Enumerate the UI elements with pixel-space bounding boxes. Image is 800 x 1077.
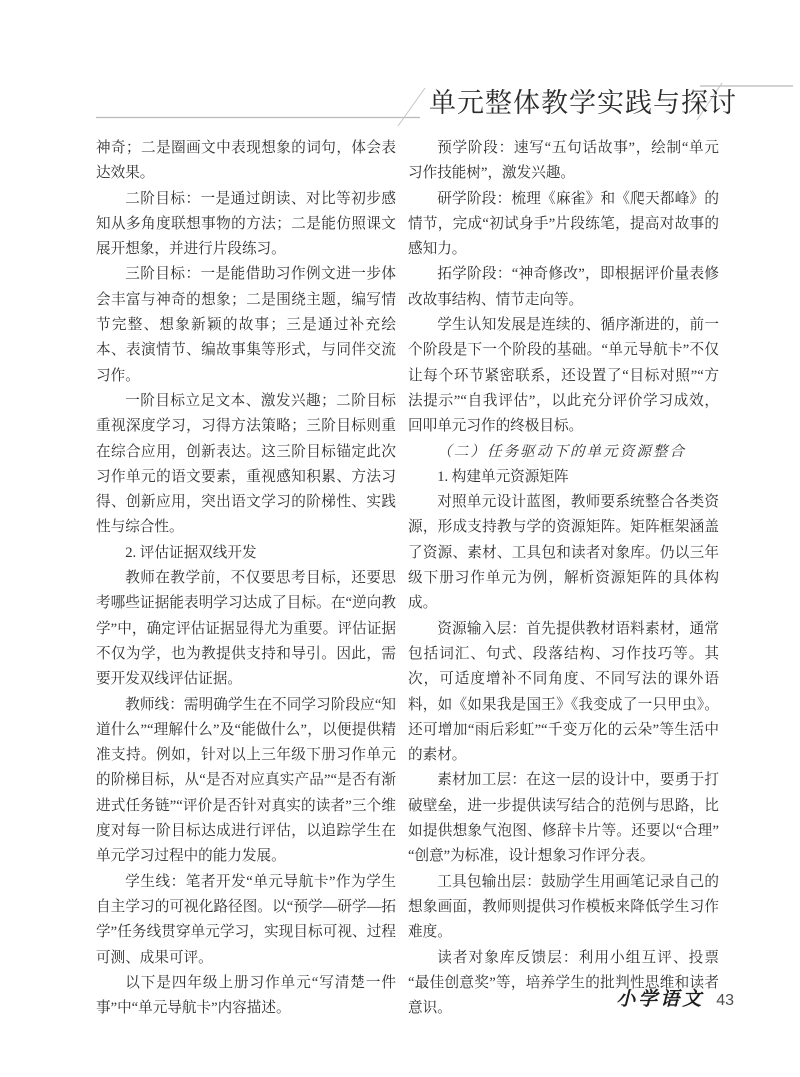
paragraph: 以下是四年级上册习作单元“写清楚一件事”中“单元导航卡”内容描述。 [96,971,396,1022]
right-column: 预学阶段：速写“五句话故事”，绘制“单元习作技能树”，激发兴趣。研学阶段：梳理《… [408,136,719,1021]
paragraph: 预学阶段：速写“五句话故事”，绘制“单元习作技能树”，激发兴趣。 [408,136,719,187]
paragraph: 对照单元设计蓝图，教师要系统整合各类资源，形成支持教与学的资源矩阵。矩阵框架涵盖… [408,490,719,616]
paragraph: 神奇；二是圈画文中表现想象的词句，体会表达效果。 [96,136,396,187]
magazine-page: 单元整体教学实践与探讨 神奇；二是圈画文中表现想象的词句，体会表达效果。二阶目标… [0,0,800,1077]
paragraph: 资源输入层：首先提供教材语料素材，通常包括词汇、句式、段落结构、习作技巧等。其次… [408,617,719,769]
paragraph: 学生线：笔者开发“单元导航卡”作为学生自主学习的可视化路径图。以“预学—研学—拓… [96,870,396,971]
paragraph: 工具包输出层：鼓励学生用画笔记录自己的想象画面，教师则提供习作模板来降低学生习作… [408,870,719,946]
paragraph: 素材加工层：在这一层的设计中，要勇于打破壁垒，进一步提供读写结合的范例与思路，比… [408,768,719,869]
paragraph: 三阶目标：一是能借助习作例文进一步体会丰富与神奇的想象；二是围绕主题，编写情节完… [96,262,396,388]
left-column: 神奇；二是圈画文中表现想象的词句，体会表达效果。二阶目标：一是通过朗读、对比等初… [96,136,396,1021]
page-title: 单元整体教学实践与探讨 [429,83,737,123]
page-footer: 小学语文 43 [616,984,734,1011]
journal-logo: 小学语文 [616,984,704,1011]
paragraph: 研学阶段：梳理《麻雀》和《爬天都峰》的情节，完成“初试身手”片段练笔，提高对故事… [408,187,719,263]
paragraph: 教师线：需明确学生在不同学习阶段应“知道什么”“理解什么”及“能做什么”，以便提… [96,693,396,870]
paragraph: 拓学阶段：“神奇修改”，即根据评价量表修改故事结构、情节走向等。 [408,262,719,313]
paragraph: 一阶目标立足文本、激发兴趣；二阶目标重视深度学习，习得方法策略；三阶目标则重在综… [96,389,396,541]
header-slash-left [398,88,425,126]
subheading: 2. 评估证据双线开发 [96,541,396,566]
section-title: （二）任务驱动下的单元资源整合 [408,440,719,465]
paragraph: 二阶目标：一是通过朗读、对比等初步感知从多角度联想事物的方法；二是能仿照课文展开… [96,187,396,263]
subheading: 1. 构建单元资源矩阵 [408,465,719,490]
paragraph: 教师在教学前，不仅要思考目标，还要思考哪些证据能表明学习达成了目标。在“逆向教学… [96,566,396,692]
paragraph: 学生认知发展是连续的、循序渐进的，前一个阶段是下一个阶段的基础。“单元导航卡”不… [408,313,719,439]
page-number: 43 [716,992,734,1010]
